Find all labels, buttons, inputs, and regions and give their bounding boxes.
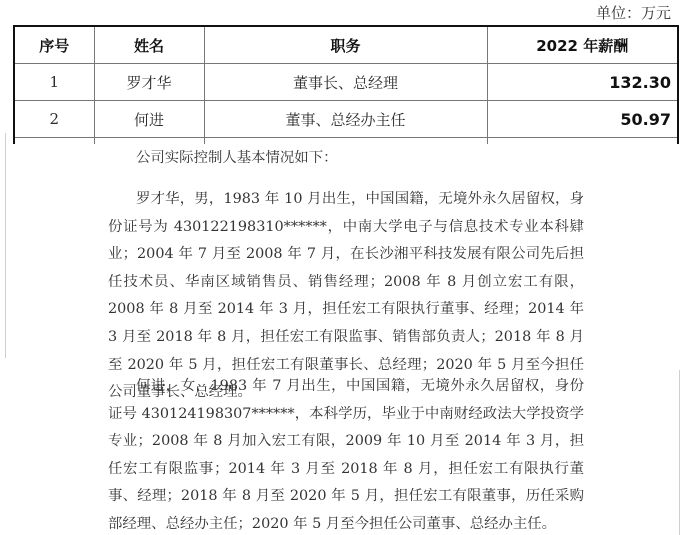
header-salary: 2022 年薪酬 <box>487 26 678 64</box>
page-edge-left <box>5 133 6 358</box>
cell-name: 罗才华 <box>94 64 204 101</box>
table-header-row: 序号 姓名 职务 2022 年薪酬 <box>14 26 678 64</box>
page-edge-right <box>679 370 680 535</box>
table-row: 1 罗才华 董事长、总经理 132.30 <box>14 64 678 101</box>
bio-he-jin: 何进，女，1983 年 7 月出生，中国国籍，无境外永久居留权，身份证号 430… <box>108 373 584 535</box>
cell-salary: 50.97 <box>487 101 678 138</box>
salary-table: 序号 姓名 职务 2022 年薪酬 1 罗才华 董事长、总经理 132.30 2… <box>13 25 679 144</box>
section-intro: 公司实际控制人基本情况如下： <box>108 145 584 173</box>
cell-no: 2 <box>14 101 94 138</box>
header-title: 职务 <box>204 26 487 64</box>
table-row-cut <box>14 138 678 145</box>
cell-no: 1 <box>14 64 94 101</box>
header-name: 姓名 <box>94 26 204 64</box>
table-row: 2 何进 董事、总经办主任 50.97 <box>14 101 678 138</box>
cell-salary: 132.30 <box>487 64 678 101</box>
unit-label: 单位：万元 <box>596 2 671 23</box>
cell-name: 何进 <box>94 101 204 138</box>
header-no: 序号 <box>14 26 94 64</box>
cell-title: 董事、总经办主任 <box>204 101 487 138</box>
cell-title: 董事长、总经理 <box>204 64 487 101</box>
